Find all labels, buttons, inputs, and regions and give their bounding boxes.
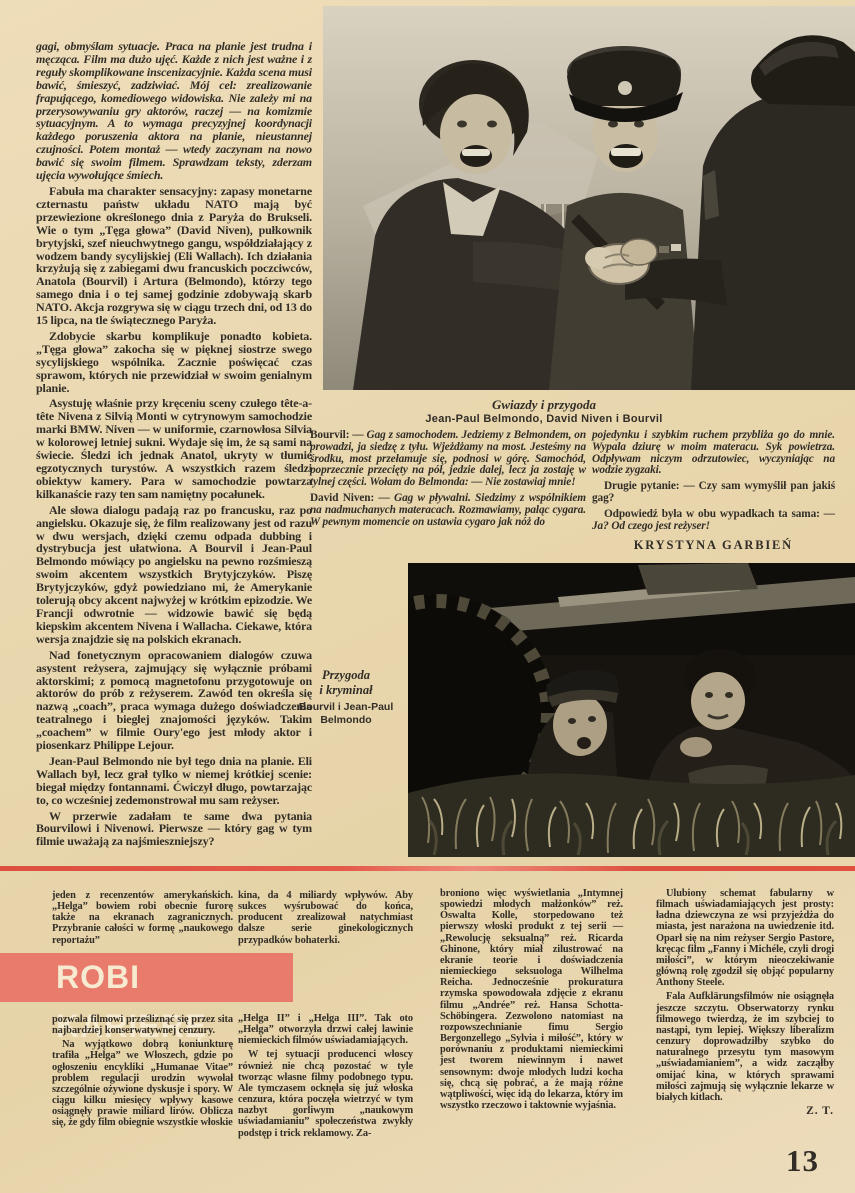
lead-article-column: gagi, obmyślam sytuacje. Praca na planie… — [36, 40, 312, 882]
paragraph: Jean-Paul Belmondo nie był tego dnia na … — [36, 755, 312, 807]
bottom-col2-top: kina, da 4 miliardy wpływów. Aby sukces … — [238, 890, 413, 952]
paragraph: Fala Aufklärungsfilmów nie osiągnęła jes… — [656, 991, 834, 1103]
paragraph: pozwala filmowi prześliznąć się przez si… — [52, 1014, 233, 1036]
paragraph: Ulubiony schemat fabularny w filmach uśw… — [656, 888, 834, 988]
paragraph: jeden z recenzentów amerykańskich. „Helg… — [52, 890, 233, 946]
bottom-col2-rest: „Helga II” i „Helga III”. Tak oto „Helga… — [238, 1013, 413, 1142]
paragraph: broniono więc wyświetlania „Intymnej spo… — [440, 888, 623, 1111]
speaker-name: David Niven: — [310, 492, 374, 504]
bottom-col1-top: jeden z recenzentów amerykańskich. „Helg… — [52, 890, 233, 949]
interview-right-column: pojedynku i szybkim ruchem przybliża go … — [592, 430, 835, 552]
photo-stars-handshake — [323, 6, 855, 390]
paragraph: W przerwie zadałam te same dwa pytania B… — [36, 810, 312, 849]
paragraph: Drugie pytanie: — Czy sam wymyślił pan j… — [592, 481, 835, 505]
paragraph: Fabuła ma charakter sensacyjny: zapasy m… — [36, 185, 312, 327]
photo-bottom-caption: Przygoda i kryminał Bourvil i Jean-PaulB… — [286, 668, 406, 726]
interview-middle-column: Bourvil: — Gag z samochodem. Jedziemy z … — [310, 430, 586, 532]
paragraph: Zdobycie skarbu komplikuje ponadto kobie… — [36, 330, 312, 395]
caption-names: Jean-Paul Belmondo, David Niven i Bourvi… — [328, 412, 760, 426]
author-signature: Z. T. — [656, 1106, 834, 1117]
paragraph: Ale słowa dialogu padają raz po francusk… — [36, 504, 312, 646]
caption-title: Gwiazdy i przygoda — [328, 397, 760, 412]
photo-under-car — [408, 563, 855, 857]
magazine-page: gagi, obmyślam sytuacje. Praca na planie… — [0, 0, 855, 1193]
paragraph: Asystuję właśnie przy kręceniu sceny czu… — [36, 397, 312, 500]
cap-badge — [618, 81, 632, 95]
paragraph: gagi, obmyślam sytuacje. Praca na planie… — [36, 40, 312, 182]
paragraph: „Helga II” i „Helga III”. Tak oto „Helga… — [238, 1013, 413, 1046]
paragraph: pojedynku i szybkim ruchem przybliża go … — [592, 430, 835, 477]
grass — [408, 773, 855, 857]
caption-title: Przygoda — [286, 668, 406, 683]
author-byline: KRYSTYNA GARBIEŃ — [592, 540, 835, 552]
page-number: 13 — [786, 1143, 819, 1179]
caption-title: i kryminał — [286, 683, 406, 698]
speaker-name: Bourvil: — [310, 429, 349, 441]
bottom-col1-rest: pozwala filmowi prześliznąć się przez si… — [52, 1014, 233, 1132]
answer-prefix: Odpowiedź była w obu wypadkach ta sama: — [604, 508, 824, 520]
figure-niven — [549, 46, 699, 390]
paragraph: Bourvil: — Gag z samochodem. Jedziemy z … — [310, 430, 586, 489]
paragraph: David Niven: — Gag w pływalni. Siedzimy … — [310, 493, 586, 528]
section-divider-rule — [0, 866, 855, 871]
quote-text: — Gag z samochodem. Jedziemy z Belmondem… — [310, 429, 586, 488]
paragraph: Na wyjątkowo dobrą koniunkturę trafiła „… — [52, 1039, 233, 1128]
bottom-col3: broniono więc wyświetlania „Intymnej spo… — [440, 888, 623, 1114]
paragraph: Odpowiedź była w obu wypadkach ta sama: … — [592, 509, 835, 533]
bottom-col4: Ulubiony schemat fabularny w filmach uśw… — [656, 888, 834, 1117]
paragraph: kina, da 4 miliardy wpływów. Aby sukces … — [238, 890, 413, 946]
paragraph: W tej sytuacji producenci włoscy również… — [238, 1049, 413, 1138]
headline-banner: ROBI KARIERĘ — [0, 953, 293, 1002]
caption-names: Bourvil i Jean-PaulBelmondo — [286, 701, 406, 726]
photo-top-caption: Gwiazdy i przygoda Jean-Paul Belmondo, D… — [328, 397, 760, 426]
paragraph: Nad fonetycznym opracowaniem dialogów cz… — [36, 649, 312, 752]
